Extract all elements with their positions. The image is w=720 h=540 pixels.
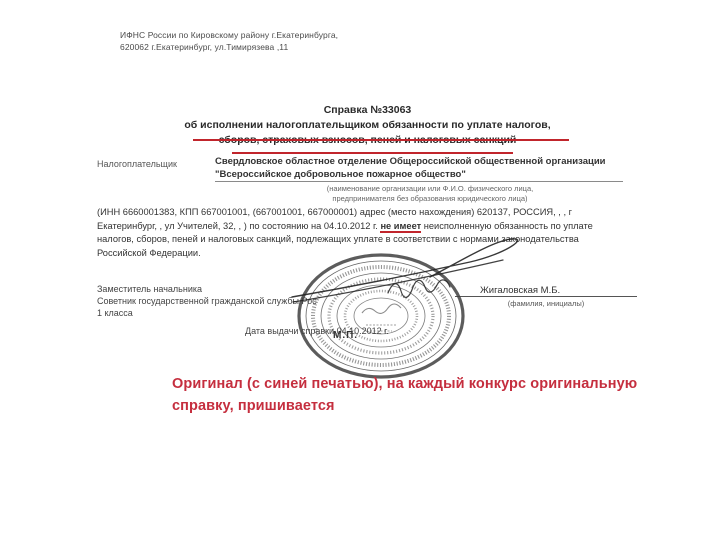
signature-flourish [0, 0, 720, 540]
annotation-note: Оригинал (с синей печатью), на каждый ко… [172, 373, 662, 417]
annotation-note-line1: Оригинал (с синей печатью), на каждый ко… [172, 373, 662, 395]
annotation-note-line2: справку, пришивается [172, 395, 662, 417]
